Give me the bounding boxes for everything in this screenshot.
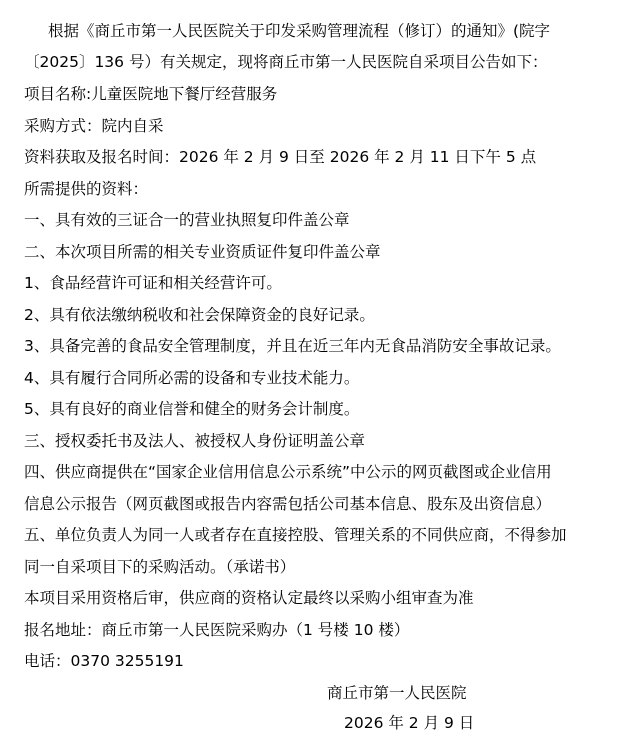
intro-line-1: 根据《商丘市第一人民医院关于印发采购管理流程（修订）的通知》(院字 <box>48 21 550 41</box>
required-materials-heading: 所需提供的资料： <box>24 179 148 199</box>
requirement-item: 5、具有良好的商业信誉和健全的财务会计制度。 <box>24 399 359 419</box>
requirement-item: 三、授权委托书及法人、被授权人身份证明盖公章 <box>24 431 365 451</box>
requirement-item: 3、具备完善的食品安全管理制度，并且在近三年内无食品消防安全事故记录。 <box>24 336 561 356</box>
procurement-method: 采购方式：院内自采 <box>24 116 164 136</box>
requirement-item: 2、具有依法缴纳税收和社会保障资金的良好记录。 <box>24 305 375 325</box>
signature-date: 2026 年 2 月 9 日 <box>344 713 474 733</box>
phone-number: 电话：0370 3255191 <box>24 651 184 671</box>
requirement-item: 1、食品经营许可证和相关经营许可。 <box>24 273 282 293</box>
project-name: 项目名称:儿童医院地下餐厅经营服务 <box>24 84 277 104</box>
signature-organization: 商丘市第一人民医院 <box>327 683 467 703</box>
requirement-item: 一、具有效的三证合一的营业执照复印件盖公章 <box>24 210 350 230</box>
registration-time: 资料获取及报名时间：2026 年 2 月 9 日至 2026 年 2 月 11 … <box>24 147 536 167</box>
requirement-item: 信息公示报告（网页截图或报告内容需包括公司基本信息、股东及出资信息） <box>24 494 551 514</box>
intro-line-2: 〔2025〕136 号）有关规定，现将商丘市第一人民医院自采项目公告如下： <box>24 52 547 72</box>
registration-address: 报名地址：商丘市第一人民医院采购办（1 号楼 10 楼） <box>24 620 409 640</box>
requirement-item: 四、供应商提供在“国家企业信用信息公示系统”中公示的网页截图或企业信用 <box>24 462 552 482</box>
requirement-item: 同一自采项目下的采购活动。（承诺书） <box>24 557 295 577</box>
qualification-note: 本项目采用资格后审，供应商的资格认定最终以采购小组审查为准 <box>24 588 474 608</box>
requirement-item: 五、单位负责人为同一人或者存在直接控股、管理关系的不同供应商，不得参加 <box>24 525 567 545</box>
requirement-item: 4、具有履行合同所必需的设备和专业技术能力。 <box>24 368 359 388</box>
announcement-document: 根据《商丘市第一人民医院关于印发采购管理流程（修订）的通知》(院字 〔2025〕… <box>0 0 626 750</box>
requirement-item: 二、本次项目所需的相关专业资质证件复印件盖公章 <box>24 242 381 262</box>
